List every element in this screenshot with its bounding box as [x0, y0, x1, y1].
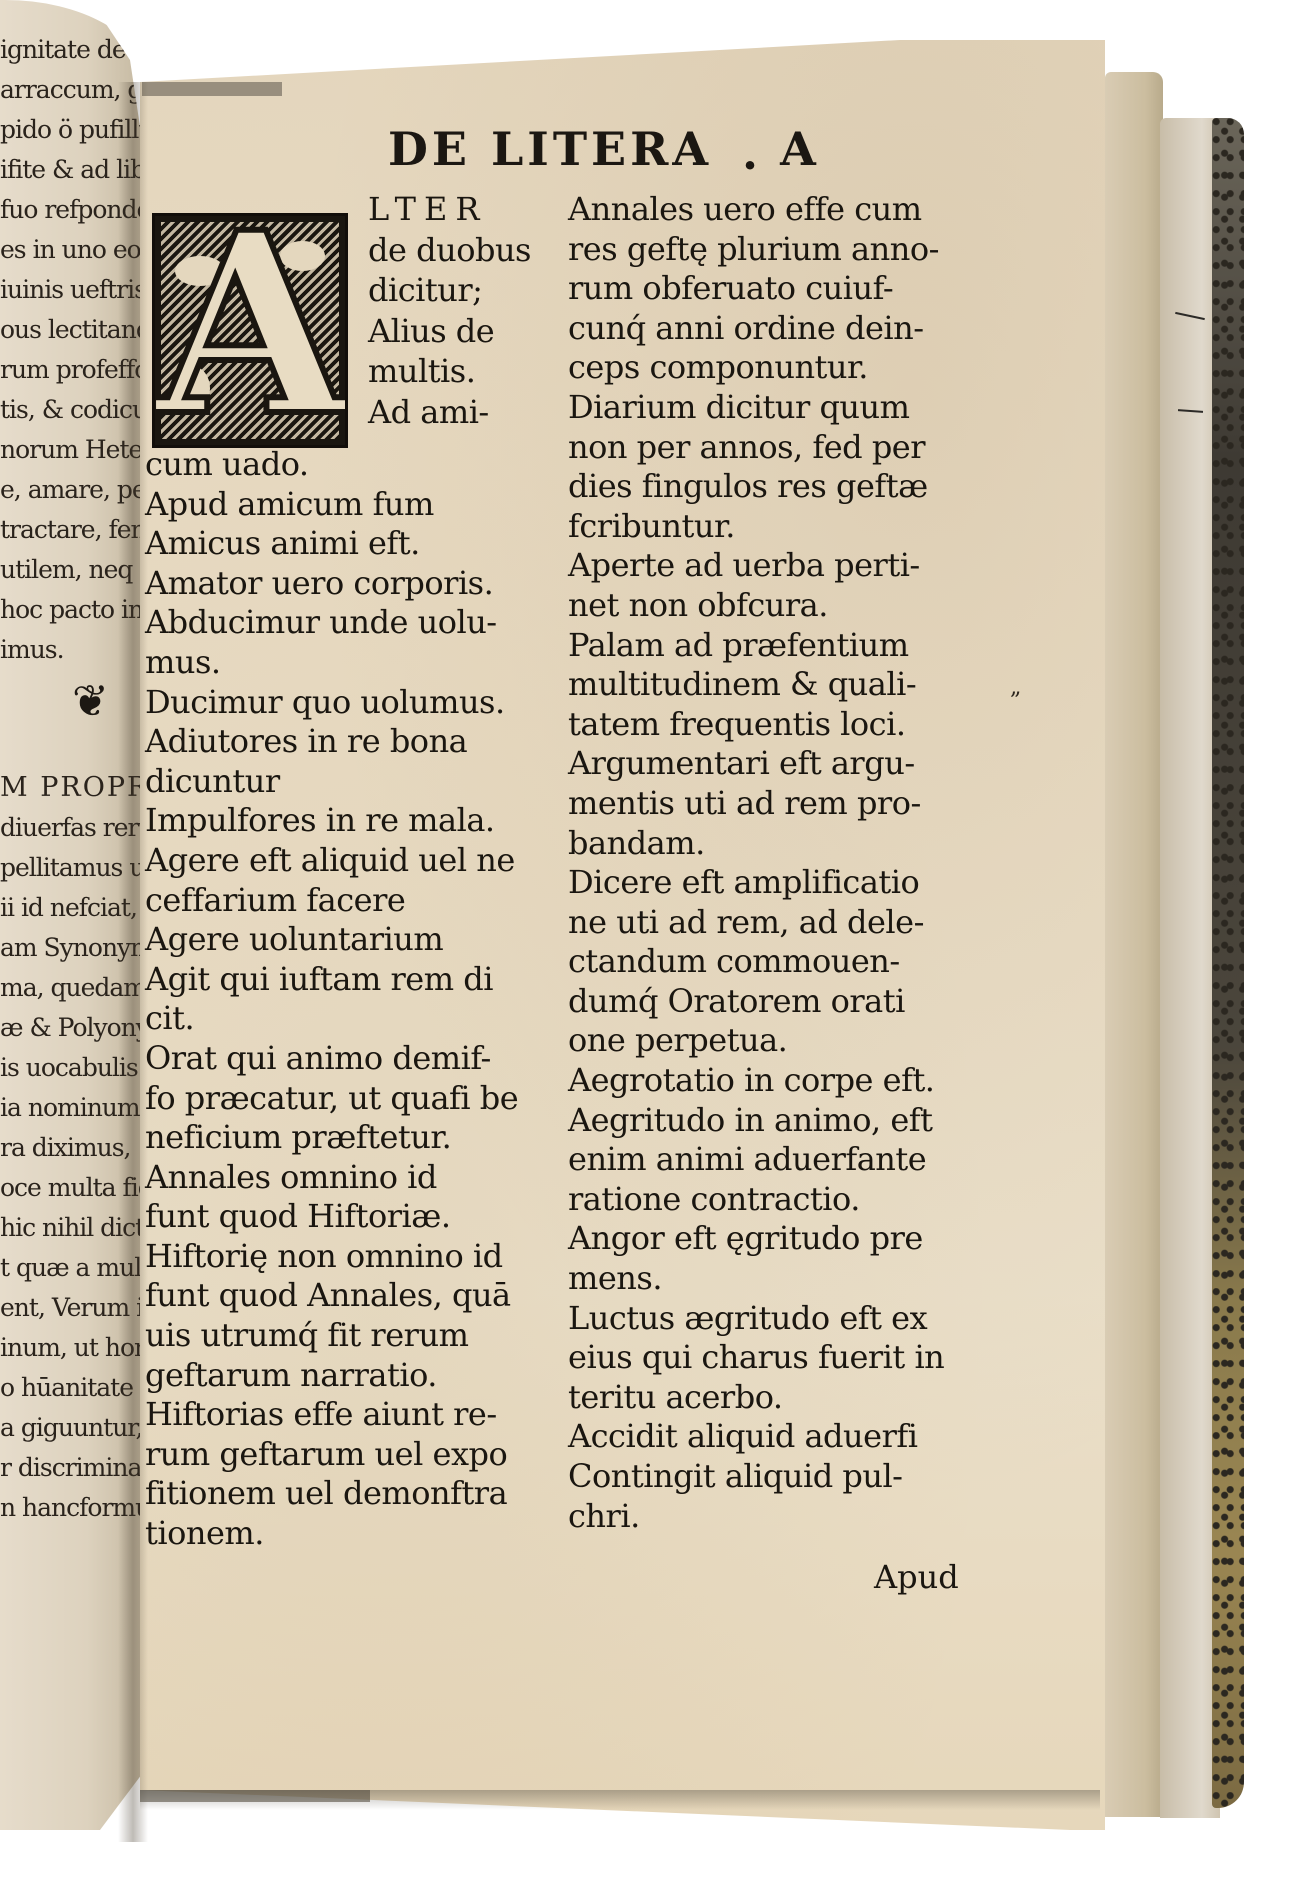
running-head-title: DE LITERA [388, 122, 712, 176]
running-head-dot: · [742, 138, 762, 192]
text-line: tatem frequentis loci. [568, 705, 1008, 745]
text-line: eius qui charus fuerit in [568, 1338, 1008, 1378]
text-line: Amicus animi eft. [145, 524, 545, 564]
text-line: ceps componuntur. [568, 348, 1008, 388]
text-line: Argumentari eft argu- [568, 744, 1008, 784]
text-line: multitudinem & quali- [568, 665, 1008, 705]
text-line: mentis uti ad rem pro- [568, 784, 1008, 824]
text-line: chri. [568, 1497, 1008, 1537]
text-line: Adiutores in re bona [145, 722, 545, 762]
left-column: cum uado. Apud amicum fum Amicus animi e… [145, 445, 545, 1554]
gutter-shadow [118, 82, 148, 1842]
text-line: Ad ami- [368, 393, 548, 434]
text-line: rum geftarum uel expo [145, 1435, 545, 1475]
text-line: Diarium dicitur quum [568, 388, 1008, 428]
text-line: dicuntur [145, 762, 545, 802]
text-beside-initial: LTER de duobus dicitur; Alius de multis.… [368, 190, 548, 433]
text-line: dumq́ Oratorem orati [568, 982, 1008, 1022]
text-line: Impulfores in re mala. [145, 801, 545, 841]
text-line: Hiftorię non omnino id [145, 1237, 545, 1277]
text-line: rum obferuato cuiuf- [568, 269, 1008, 309]
text-line: teritu acerbo. [568, 1378, 1008, 1418]
text-line: Aperte ad uerba perti- [568, 546, 1008, 586]
text-line: cum uado. [145, 445, 545, 485]
text-line: de duobus [368, 231, 548, 272]
text-line: Alius de [368, 312, 548, 353]
text-line: cit. [145, 999, 545, 1039]
text-line: Aegrotatio in corpe eft. [568, 1061, 1008, 1101]
page-edges-outer [1160, 118, 1220, 1818]
text-line: Angor eft ęgritudo pre [568, 1219, 1008, 1259]
text-line: bandam. [568, 824, 1008, 864]
text-line: Apud amicum fum [145, 485, 545, 525]
text-line: LTER [368, 190, 548, 231]
text-line: one perpetua. [568, 1021, 1008, 1061]
text-line: mus. [145, 643, 545, 683]
text-line: dicitur; [368, 271, 548, 312]
text-line: tionem. [145, 1514, 545, 1554]
text-line: Luctus ægritudo eft ex [568, 1299, 1008, 1339]
woodcut-initial: A [152, 213, 348, 448]
text-line: Agere uoluntarium [145, 920, 545, 960]
initial-letter: A [155, 213, 345, 448]
text-line: Palam ad præfentium [568, 626, 1008, 666]
text-line: Agit qui iuftam rem di [145, 960, 545, 1000]
text-line: multis. [368, 352, 548, 393]
text-line: Abducimur unde uolu- [145, 603, 545, 643]
text-line: cunq́ anni ordine dein- [568, 309, 1008, 349]
text-line: ceffarium facere [145, 881, 545, 921]
text-line: Dicere eft amplificatio [568, 863, 1008, 903]
text-line: Amator uero corporis. [145, 564, 545, 604]
text-line: Agere eft aliquid uel ne [145, 841, 545, 881]
text-line: Aegritudo in animo, eft [568, 1101, 1008, 1141]
page-edges-inner [1105, 72, 1163, 1817]
book-photo: ignitate detractu arraccum, generofi pid… [0, 0, 1306, 1890]
text-line: ne uti ad rem, ad dele- [568, 903, 1008, 943]
text-line: res geftę plurium anno- [568, 230, 1008, 270]
binding-strip [142, 82, 282, 96]
running-head: DE LITERA·A [388, 122, 820, 176]
text-line: Annales omnino id [145, 1158, 545, 1198]
text-line: mens. [568, 1259, 1008, 1299]
catchword: Apud [874, 1558, 959, 1596]
text-line: funt quod Hiftoriæ. [145, 1197, 545, 1237]
page-shadow [140, 1790, 1100, 1810]
text-line: Contingit aliquid pul- [568, 1457, 1008, 1497]
text-line: enim animi aduerfante [568, 1140, 1008, 1180]
text-line: Ducimur quo uolumus. [145, 683, 545, 723]
text-line: Orat qui animo demif- [145, 1039, 545, 1079]
text-line: ctandum commouen- [568, 942, 1008, 982]
left-line: ignitate detractu [0, 30, 145, 70]
text-line: uis utrumq́ fit rerum [145, 1316, 545, 1356]
text-line: non per annos, fed per [568, 428, 1008, 468]
binding-board [1212, 118, 1244, 1808]
text-line: Hiftorias effe aiunt re- [145, 1395, 545, 1435]
text-line: Annales uero effe cum [568, 190, 1008, 230]
text-line: neficium præftetur. [145, 1118, 545, 1158]
running-head-letter: A [780, 122, 820, 176]
margin-ink-mark: „ [1010, 675, 1021, 700]
text-line: fcribuntur. [568, 507, 1008, 547]
text-line: funt quod Annales, quā [145, 1276, 545, 1316]
text-line: net non obfcura. [568, 586, 1008, 626]
right-column: Annales uero effe cum res geftę plurium … [568, 190, 1008, 1536]
text-line: geftarum narratio. [145, 1356, 545, 1396]
text-line: dies fingulos res geftæ [568, 467, 1008, 507]
text-line: ratione contractio. [568, 1180, 1008, 1220]
text-line: Accidit aliquid aduerfi [568, 1417, 1008, 1457]
text-line: fo præcatur, ut quafi be [145, 1079, 545, 1119]
text-line: fitionem uel demonftra [145, 1474, 545, 1514]
